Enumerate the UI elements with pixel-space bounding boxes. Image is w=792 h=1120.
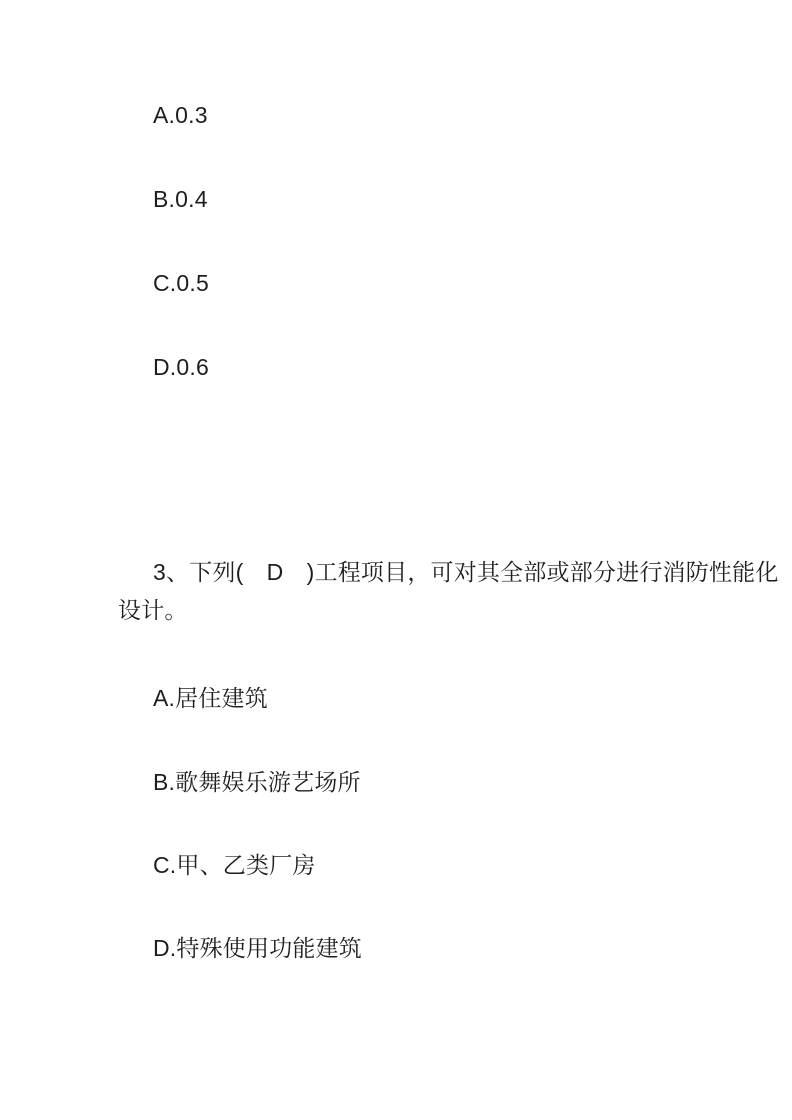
option-a: A.居住建筑 xyxy=(153,685,268,711)
document-page: A.0.3 B.0.4 C.0.5 D.0.6 3、下列( D )工程项目，可对… xyxy=(0,0,792,1120)
option-d: D.特殊使用功能建筑 xyxy=(153,935,362,961)
question-number: 3、 xyxy=(153,559,189,585)
question-stem-line1: 3、下列( D )工程项目，可对其全部或部分进行消防性能化 xyxy=(153,559,779,585)
prev-option-a: A.0.3 xyxy=(153,102,208,128)
prev-option-b: B.0.4 xyxy=(153,186,208,212)
option-c: C.甲、乙类厂房 xyxy=(153,852,316,878)
question-stem-text: 下列( D )工程项目，可对其全部或部分进行消防性能化 xyxy=(189,559,778,585)
question-stem-line2: 设计。 xyxy=(118,597,188,623)
prev-option-c: C.0.5 xyxy=(153,270,209,296)
prev-option-d: D.0.6 xyxy=(153,354,209,380)
option-b: B.歌舞娱乐游艺场所 xyxy=(153,769,361,795)
